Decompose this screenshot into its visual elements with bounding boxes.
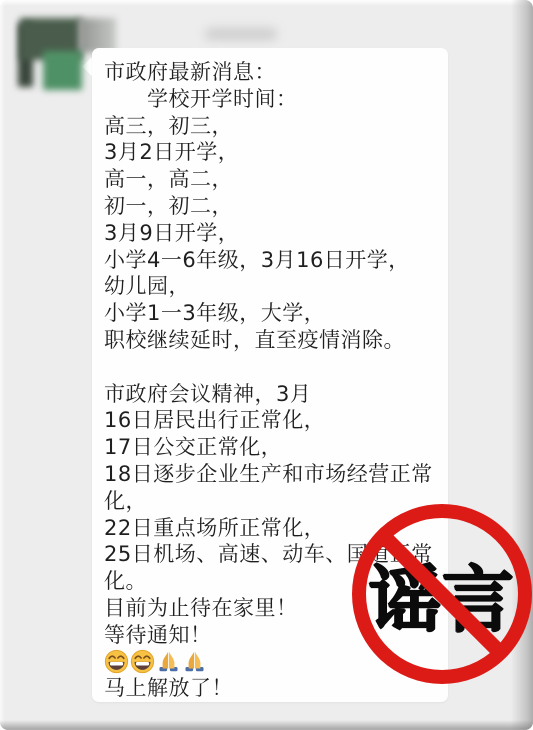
photo-edge-bottom: [0, 720, 533, 730]
message-line: 高三，初三，: [104, 113, 440, 140]
blurred-nickname-smudge: [205, 28, 277, 40]
message-line: 职校继续延时，直至疫情消除。: [104, 327, 440, 354]
rumor-stamp: 谣言: [352, 504, 532, 684]
chat-screenshot-background: 市政府最新消息： 学校开学时间： 高三，初三， 3月2日开学， 高一，高二， 初…: [0, 0, 533, 730]
pray-emoji: [182, 649, 207, 674]
rumor-stamp-ring: [352, 504, 532, 684]
message-line: 高一，高二，: [104, 166, 440, 193]
photo-edge-top: [0, 0, 533, 6]
message-line: 小学1一3年级，大学，: [104, 300, 440, 327]
message-line: 3月9日开学，: [104, 220, 440, 247]
photo-edge-left: [0, 0, 5, 730]
pray-emoji: [156, 649, 181, 674]
message-line: 学校开学时间：: [104, 86, 440, 113]
message-line: 16日居民出行正常化，: [104, 407, 440, 434]
avatar-blur-light-green: [43, 51, 82, 90]
grin-emoji: [130, 649, 155, 674]
message-line: 18日逐步企业生产和市场经营正常: [104, 461, 440, 488]
message-line: 小学4一6年级，3月16日开学，: [104, 247, 440, 274]
message-line: 市政府最新消息：: [104, 59, 440, 86]
message-line: 17日公交正常化，: [104, 434, 440, 461]
message-line: 幼儿园，: [104, 273, 440, 300]
message-line: 3月2日开学，: [104, 139, 440, 166]
message-line: 初一，初二，: [104, 193, 440, 220]
message-blank-line: [104, 354, 440, 381]
message-line: 市政府会议精神，3月: [104, 381, 440, 408]
grin-emoji: [104, 649, 129, 674]
